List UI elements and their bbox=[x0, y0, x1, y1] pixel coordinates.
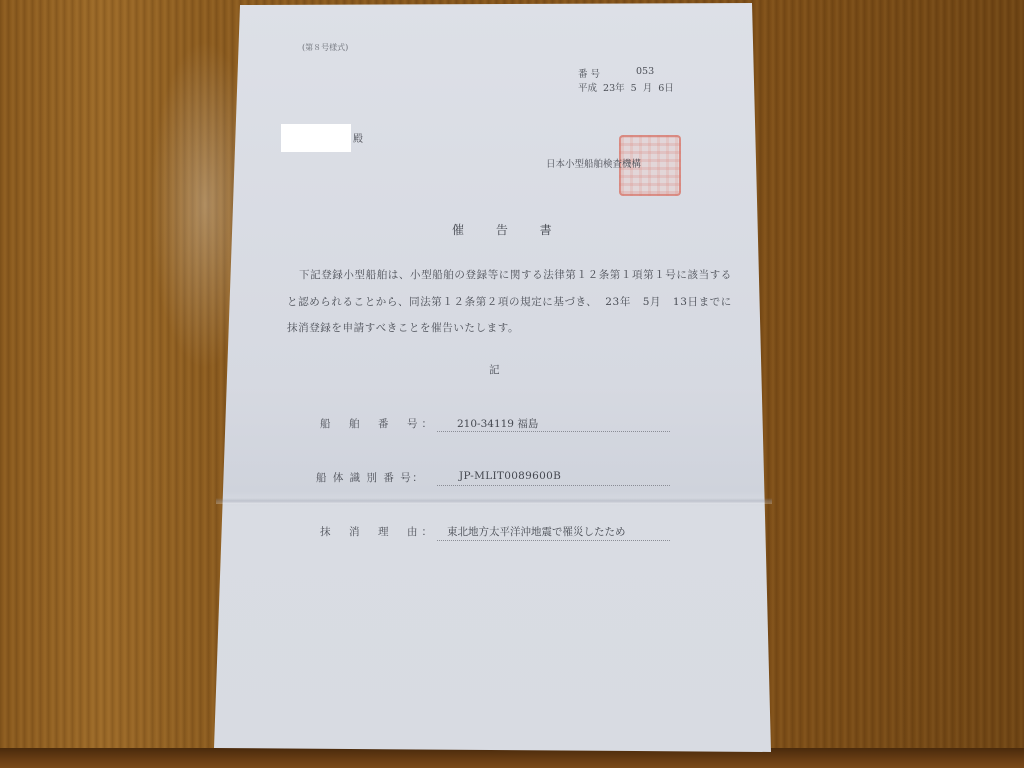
field-label-hull-id: 船 体 識 別 番 号： bbox=[316, 470, 424, 485]
paper-fold-line bbox=[216, 498, 772, 504]
field-label-deregistration-reason: 抹 消 理 由： bbox=[320, 524, 436, 539]
field-underline bbox=[437, 540, 670, 541]
issue-date: 平成 23年 5 月 6日 bbox=[578, 80, 674, 94]
form-number: (第８号様式) bbox=[302, 42, 348, 53]
field-label-vessel-number: 船 舶 番 号： bbox=[320, 416, 436, 431]
field-value-deregistration-reason: 東北地方太平洋沖地震で罹災したため bbox=[447, 524, 626, 539]
reference-number: 053 bbox=[636, 66, 654, 77]
body-line-2: と認められることから、同法第１２条第２項の規定に基づき、 23年 5月 13日ま… bbox=[287, 294, 732, 309]
document-title: 催 告 書 bbox=[452, 221, 566, 238]
redacted-addressee-name bbox=[281, 124, 351, 152]
table-edge bbox=[0, 748, 1024, 768]
field-value-vessel-number: 210-34119 福島 bbox=[457, 416, 538, 431]
note-heading: 記 bbox=[489, 362, 500, 377]
notice-paper bbox=[0, 0, 1024, 768]
field-underline bbox=[437, 431, 670, 432]
issuer-name: 日本小型船舶検査機構 bbox=[546, 156, 641, 170]
body-line-1: 下記登録小型船舶は、小型船舶の登録等に関する法律第１２条第１項第１号に該当する bbox=[299, 267, 732, 282]
body-line-3: 抹消登録を申請すべきことを催告いたします。 bbox=[287, 320, 519, 335]
addressee-suffix: 殿 bbox=[353, 130, 363, 145]
field-underline bbox=[437, 485, 670, 486]
reference-label: 番 号 bbox=[578, 66, 600, 80]
field-value-hull-id: JP-MLIT0089600B bbox=[459, 470, 561, 482]
